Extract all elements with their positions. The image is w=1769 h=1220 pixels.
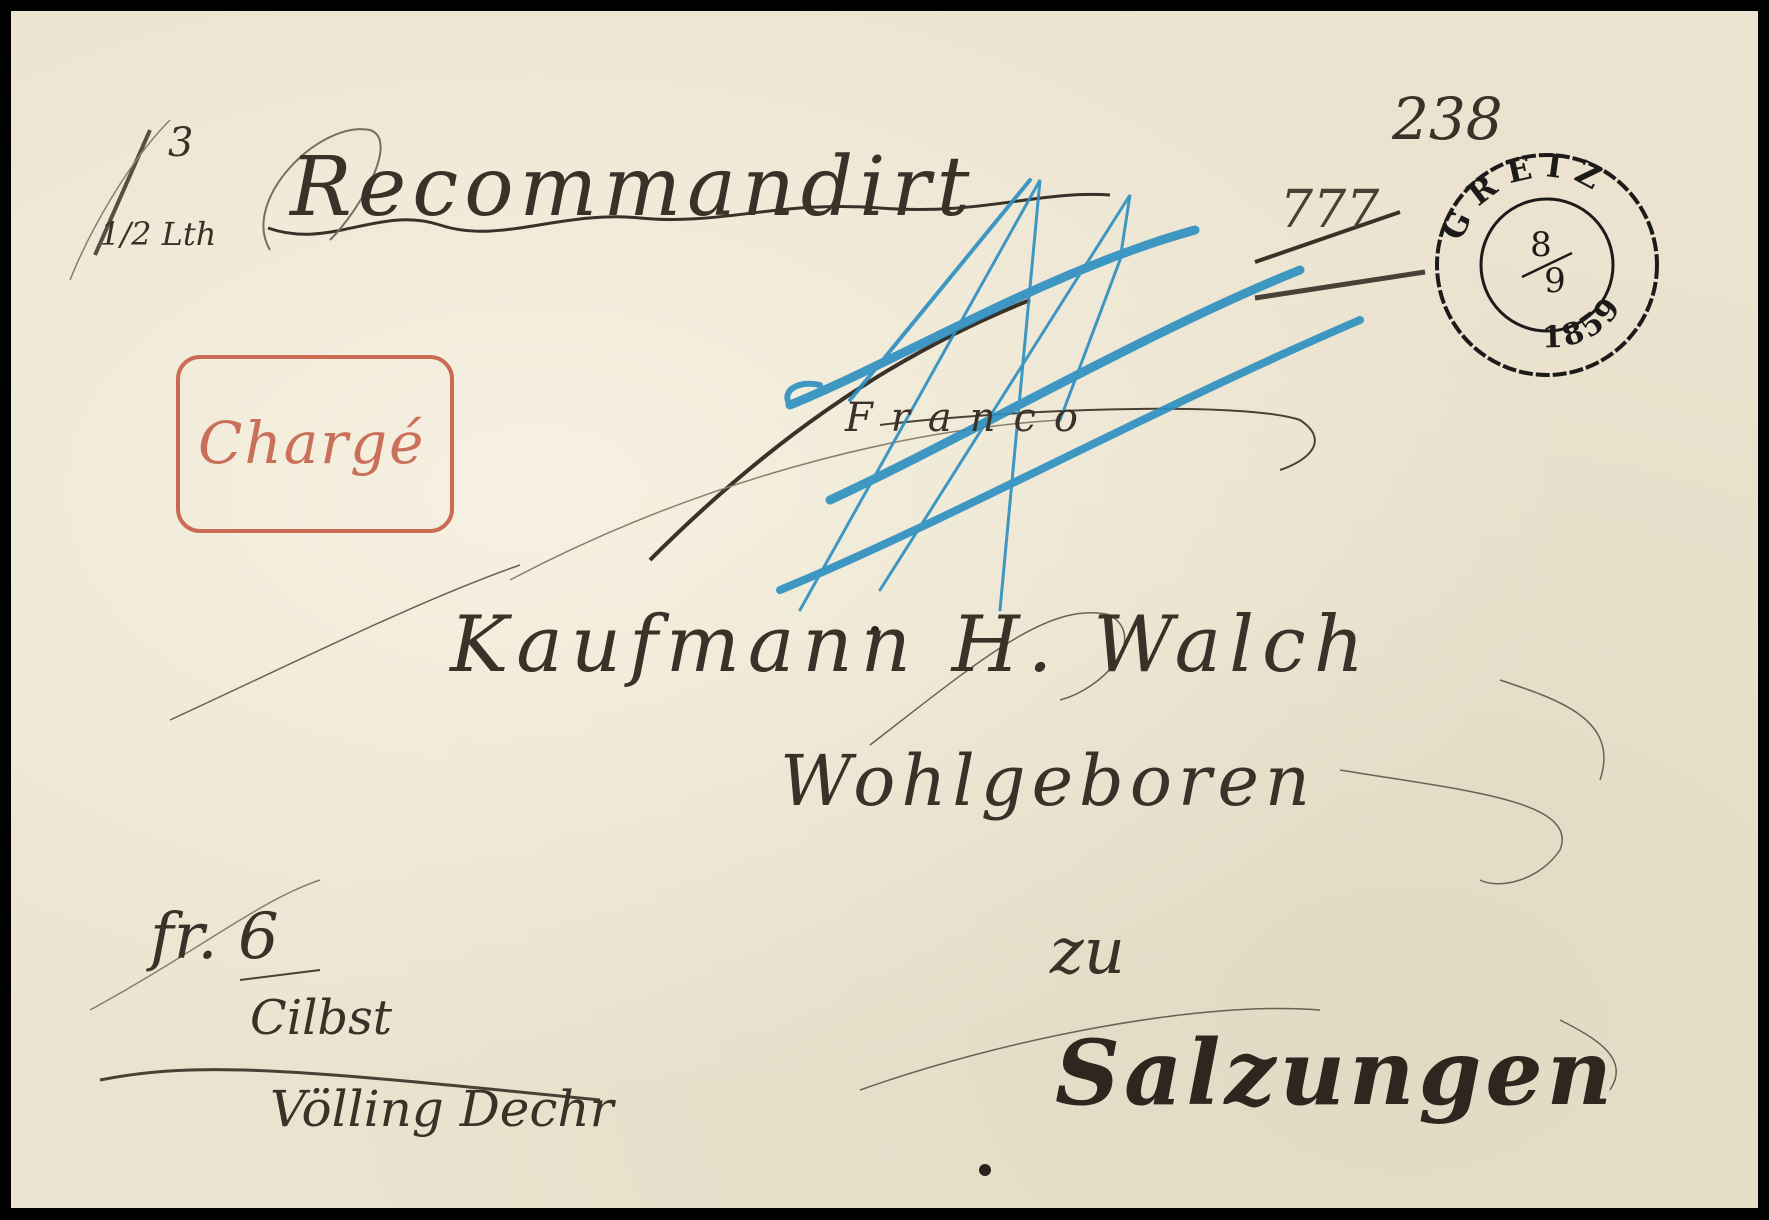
- sender-note-line-1: Cilbst: [250, 990, 392, 1046]
- postmark-month: 9: [1443, 263, 1667, 299]
- rate-note-fraction: 1/2 Lth: [100, 215, 216, 253]
- franco-note: Franco: [845, 395, 1096, 441]
- registration-number: 238: [1392, 85, 1503, 153]
- charge-stamp: Chargé: [176, 355, 454, 533]
- struck-number: 777: [1280, 180, 1379, 240]
- address-line-2: Wohlgeboren: [780, 740, 1316, 822]
- address-line-3: zu: [1050, 915, 1125, 989]
- address-line-4: Salzungen: [1055, 1020, 1616, 1126]
- sender-fee: fr. 6: [150, 900, 279, 974]
- charge-stamp-text: Chargé: [198, 409, 426, 477]
- rate-note-top: 3: [168, 120, 193, 166]
- sender-note-line-2: Völling Dechr: [270, 1080, 613, 1138]
- address-line-1: Kaufmann H. Walch: [450, 600, 1372, 690]
- registration-note: Recommandirt: [290, 140, 976, 235]
- postmark-date: 8 9: [1427, 227, 1667, 299]
- postmark-day: 8: [1415, 227, 1667, 263]
- greiz-postmark: GREIZ 1859 8 9: [1427, 145, 1667, 385]
